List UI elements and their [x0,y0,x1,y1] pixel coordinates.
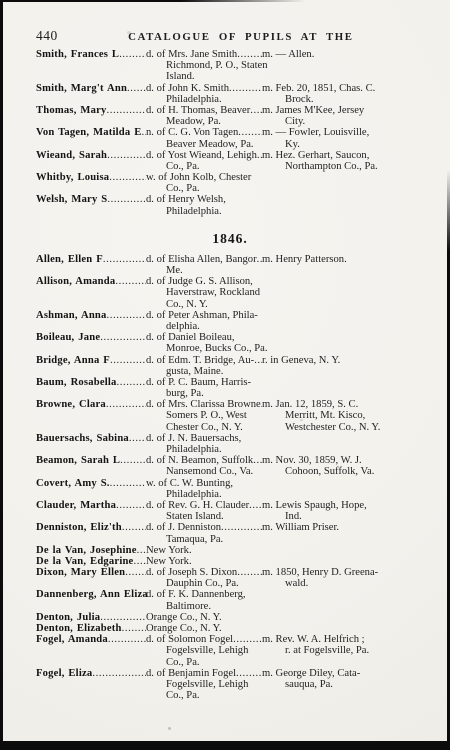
relation-cell: d. of Yost Wieand, Lehigh [146,150,262,161]
entry-row: Denton, JuliaOrange Co., N. Y. [36,612,424,623]
relation-text: Orange Co., N. Y. [146,623,222,634]
marriage-cell: m. Feb. 20, 1851, Chas. C. [262,83,424,94]
marriage-text: Cohoon, Suffolk, Va. [262,466,374,477]
name-cell [36,299,146,310]
scanned-book-page: 440 CATALOGUE OF PUPILS AT THE Smith, Fr… [0,0,450,750]
relation-text: Philadelphia. [146,489,222,500]
entry-continuation-row: Co., Pa. [36,657,424,668]
dot-leader [103,254,146,265]
relation-cell: d. of H. Thomas, Beaver [146,105,262,116]
relation-cell: Dauphin Co., Pa. [146,578,262,589]
relation-text: Co., Pa. [146,690,200,701]
marriage-cell [262,194,424,205]
marriage-text: m. Lewis Spaugh, Hope, [262,500,367,511]
entry-row: Fogel, Amandad. of Solomon Fogelm. Rev. … [36,634,424,645]
relation-text: Island. [146,71,195,82]
marriage-cell: m. Henry Patterson. [262,254,424,265]
scan-speck [168,727,171,730]
entry-continuation-row: Me. [36,265,424,276]
entry-continuation-row: Philadelphia. [36,444,424,455]
entry-row: Bridge, Anna Fd. of Edm. T. Bridge, Au-r… [36,355,424,366]
name-cell: Covert, Amy S. [36,478,146,489]
pupil-name: Covert, Amy S. [36,478,110,489]
marriage-cell [262,534,424,545]
dot-leader [109,172,146,183]
marriage-cell [262,60,424,71]
dot-leader [229,83,262,94]
pupil-name: Denton, Elizabeth [36,623,122,634]
relation-cell: d. of Benjamin Fogel [146,668,262,679]
relation-text: d. of Judge G. S. Allison, [146,276,253,287]
pupil-name: Wieand, Sarah [36,150,107,161]
marriage-text: r. at Fogelsville, Pa. [262,645,369,656]
entry-continuation-row: Meadow, Pa.City. [36,116,424,127]
relation-cell: d. of J. Denniston [146,522,262,533]
relation-cell: Co., N. Y. [146,299,262,310]
relation-text: Somers P. O., West [146,410,247,421]
relation-cell: Chester Co., N. Y. [146,422,262,433]
name-cell [36,444,146,455]
marriage-cell [262,265,424,276]
entry-continuation-row: Monroe, Bucks Co., Pa. [36,343,424,354]
relation-text: Monroe, Bucks Co., Pa. [146,343,268,354]
entry-continuation-row: Fogelsville, Lehighsauqua, Pa. [36,679,424,690]
dot-leader [254,355,262,366]
name-cell [36,183,146,194]
marriage-text: r. in Geneva, N. Y. [262,355,340,366]
name-cell: Fogel, Eliza [36,668,146,679]
relation-cell: d. of Elisha Allen, Bangor [146,254,262,265]
pupil-name: Allison, Amanda [36,276,115,287]
relation-text: d. of Mrs. Jane Smith [146,49,237,60]
marriage-cell [262,332,424,343]
marriage-text: m. — Allen. [262,49,314,60]
relation-cell: New York. [146,556,262,567]
marriage-text: m. James M'Kee, Jersey [262,105,364,116]
relation-text: burg, Pa. [146,388,204,399]
marriage-cell [262,388,424,399]
marriage-cell [262,366,424,377]
entry-row: Wieand, Sarahd. of Yost Wieand, Lehighm.… [36,150,424,161]
entry-row: Ashman, Annad. of Peter Ashman, Phila- [36,310,424,321]
page-content: 440 CATALOGUE OF PUPILS AT THE Smith, Fr… [36,28,424,701]
dot-leader [233,634,262,645]
relation-text: Nansemond Co., Va. [146,466,253,477]
relation-text: Chester Co., N. Y. [146,422,243,433]
entry-row: Clauder, Marthad. of Rev. G. H. Clauderm… [36,500,424,511]
name-cell [36,410,146,421]
name-cell: Beamon, Sarah L [36,455,146,466]
marriage-cell: wald. [262,578,424,589]
entry-continuation-row: gusta, Maine. [36,366,424,377]
marriage-text: m. Nov. 30, 1859, W. J. [262,455,362,466]
relation-cell: Tamaqua, Pa. [146,534,262,545]
marriage-text: m. Henry Patterson. [262,254,347,265]
relation-cell: d. of J. N. Bauersachs, [146,433,262,444]
name-cell [36,679,146,690]
name-cell: Allen, Ellen F [36,254,146,265]
name-cell [36,489,146,500]
marriage-cell: Cohoon, Suffolk, Va. [262,466,424,477]
relation-cell: Beaver Meadow, Pa. [146,139,262,150]
marriage-cell: m. Lewis Spaugh, Hope, [262,500,424,511]
pupil-name: Whitby, Louisa [36,172,109,183]
running-header: 440 CATALOGUE OF PUPILS AT THE [36,28,424,45]
header-title: CATALOGUE OF PUPILS AT THE [58,31,424,43]
name-cell: Smith, Marg't Ann [36,83,146,94]
dot-leader [110,355,146,366]
entry-row: Whitby, Louisaw. of John Kolb, Chester [36,172,424,183]
entry-continuation-row: Co., Pa. [36,183,424,194]
name-cell [36,534,146,545]
relation-cell: Fogelsville, Lehigh [146,645,262,656]
entry-continuation-row: Tamaqua, Pa. [36,534,424,545]
marriage-text: m. Rev. W. A. Helfrich ; [262,634,365,645]
dot-leader [122,623,146,634]
marriage-text: wald. [262,578,308,589]
relation-text: Co., Pa. [146,183,200,194]
entry-continuation-row: Beaver Meadow, Pa.Ky. [36,139,424,150]
marriage-cell: m. — Allen. [262,49,424,60]
relation-cell: Philadelphia. [146,489,262,500]
marriage-cell [262,276,424,287]
relation-text: Co., Pa. [146,657,200,668]
pupil-name: Beamon, Sarah L [36,455,120,466]
dot-leader [100,332,146,343]
marriage-text: m. William Priser. [262,522,339,533]
entry-continuation-row: Co., Pa.Northampton Co., Pa. [36,161,424,172]
name-cell: Welsh, Mary S [36,194,146,205]
relation-cell: d. of Mrs. Clarissa Browne [146,399,262,410]
entry-row: Browne, Clarad. of Mrs. Clarissa Brownem… [36,399,424,410]
relation-cell: d. of Judge G. S. Allison, [146,276,262,287]
dot-leader [237,567,262,578]
relation-text: w. of John Kolb, Chester [146,172,251,183]
relation-cell: Richmond, P. O., Staten [146,60,262,71]
relation-text: d. of P. C. Baum, Harris- [146,377,251,388]
relation-text: Dauphin Co., Pa. [146,578,239,589]
pupil-name: Smith, Frances L [36,49,119,60]
year-heading: 1846. [36,231,424,247]
marriage-cell [262,287,424,298]
name-cell [36,657,146,668]
marriage-cell: m. Hez. Gerhart, Saucon, [262,150,424,161]
marriage-cell: m. James M'Kee, Jersey [262,105,424,116]
page-number: 440 [36,28,58,44]
entry-row: Denniston, Eliz'thd. of J. Dennistonm. W… [36,522,424,533]
dot-leader [110,478,146,489]
relation-cell: d. of Henry Welsh, [146,194,262,205]
name-cell [36,71,146,82]
relation-text: d. of N. Beamon, Suffolk [146,455,253,466]
name-cell: Browne, Clara [36,399,146,410]
relation-text: d. of Joseph S. Dixon [146,567,237,578]
relation-text: d. of F. K. Dannenberg, [146,589,246,600]
name-cell: Denton, Julia [36,612,146,623]
name-cell [36,265,146,276]
relation-text: d. of Elisha Allen, Bangor [146,254,257,265]
relation-text: Beaver Meadow, Pa. [146,139,254,150]
marriage-cell: Ind. [262,511,424,522]
relation-text: w. of C. W. Bunting, [146,478,233,489]
name-cell [36,690,146,701]
relation-cell: Co., Pa. [146,183,262,194]
marriage-cell: Northampton Co., Pa. [262,161,424,172]
marriage-cell: m. 1850, Henry D. Greena- [262,567,424,578]
marriage-text: City. [262,116,305,127]
dot-leader [119,49,146,60]
marriage-text: m. — Fowler, Louisville, [262,127,369,138]
relation-cell: d. of P. C. Baum, Harris- [146,377,262,388]
dot-leader [100,612,146,623]
pupil-name: Browne, Clara [36,399,106,410]
pupil-name: Welsh, Mary S [36,194,107,205]
name-cell: Baum, Rosabella [36,377,146,388]
relation-cell: burg, Pa. [146,388,262,399]
name-cell: Allison, Amanda [36,276,146,287]
name-cell: De la Van, Josephine [36,545,146,556]
marriage-cell [262,343,424,354]
dot-leader [107,310,146,321]
relation-cell: Co., Pa. [146,161,262,172]
entry-continuation-row: Co., N. Y. [36,299,424,310]
name-cell: Boileau, Jane [36,332,146,343]
marriage-cell [262,478,424,489]
name-cell [36,388,146,399]
marriage-cell: m. Rev. W. A. Helfrich ; [262,634,424,645]
relation-cell: d. of Solomon Fogel [146,634,262,645]
relation-cell: d. of John K. Smith [146,83,262,94]
entry-row: Dixon, Mary Ellend. of Joseph S. Dixonm.… [36,567,424,578]
marriage-cell [262,623,424,634]
dot-leader [116,500,146,511]
relation-text: d. of Yost Wieand, Lehigh [146,150,257,161]
entry-continuation-row: Co., Pa. [36,690,424,701]
relation-text: Tamaqua, Pa. [146,534,223,545]
dot-leader [236,668,262,679]
name-cell [36,601,146,612]
relation-text: Meadow, Pa. [146,116,221,127]
marriage-cell: Westchester Co., N. Y. [262,422,424,433]
pupil-name: Thomas, Mary [36,105,107,116]
marriage-cell [262,321,424,332]
entry-row: Von Tagen, Matilda En. of C. G. Von Tage… [36,127,424,138]
dot-leader [249,500,262,511]
entry-row: De la Van, JosephineNew York. [36,545,424,556]
marriage-cell [262,444,424,455]
entry-continuation-row: Chester Co., N. Y.Westchester Co., N. Y. [36,422,424,433]
entry-row: Fogel, Elizad. of Benjamin Fogelm. Georg… [36,668,424,679]
pupil-name: Bridge, Anna F [36,355,110,366]
relation-text: Orange Co., N. Y. [146,612,222,623]
relation-text: d. of H. Thomas, Beaver [146,105,250,116]
name-cell: Bridge, Anna F [36,355,146,366]
name-cell [36,366,146,377]
relation-text: gusta, Maine. [146,366,223,377]
entry-row: Beamon, Sarah Ld. of N. Beamon, Suffolkm… [36,455,424,466]
name-cell [36,139,146,150]
relation-cell: Co., Pa. [146,690,262,701]
name-cell [36,161,146,172]
marriage-cell [262,377,424,388]
relation-cell: gusta, Maine. [146,366,262,377]
name-cell: Denton, Elizabeth [36,623,146,634]
name-cell: Thomas, Mary [36,105,146,116]
entry-continuation-row: Philadelphia. [36,489,424,500]
dot-leader [106,399,146,410]
relation-cell: d. of Rev. G. H. Clauder [146,500,262,511]
entry-continuation-row: Baltimore. [36,601,424,612]
relation-cell: d. of N. Beamon, Suffolk [146,455,262,466]
pupil-name: Dixon, Mary Ellen [36,567,125,578]
name-cell: Dannenberg, Ann Eliza [36,589,146,600]
relation-cell: Nansemond Co., Va. [146,466,262,477]
pupil-name: Von Tagen, Matilda E [36,127,142,138]
relation-cell: w. of C. W. Bunting, [146,478,262,489]
relation-cell: Monroe, Bucks Co., Pa. [146,343,262,354]
relation-cell: Co., Pa. [146,657,262,668]
marriage-cell: m. Jan. 12, 1859, S. C. [262,399,424,410]
entry-row: Baum, Rosabellad. of P. C. Baum, Harris- [36,377,424,388]
name-cell [36,206,146,217]
dot-leader [107,105,147,116]
marriage-cell [262,172,424,183]
relation-text: Haverstraw, Rockland [146,287,260,298]
dot-leader [107,150,146,161]
relation-cell: Staten Island. [146,511,262,522]
relation-text: d. of John K. Smith [146,83,229,94]
dot-leader [253,455,262,466]
entry-row: Allen, Ellen Fd. of Elisha Allen, Bangor… [36,254,424,265]
marriage-cell: m. George Diley, Cata- [262,668,424,679]
pupil-name: Denton, Julia [36,612,100,623]
pupil-name: Allen, Ellen F [36,254,103,265]
marriage-text: sauqua, Pa. [262,679,333,690]
marriage-cell [262,183,424,194]
name-cell: Dixon, Mary Ellen [36,567,146,578]
name-cell [36,422,146,433]
relation-text: Me. [146,265,183,276]
entry-continuation-row: Fogelsville, Lehighr. at Fogelsville, Pa… [36,645,424,656]
pupil-name: Fogel, Amanda [36,634,108,645]
marriage-text: Brock. [262,94,314,105]
marriage-text: m. Jan. 12, 1859, S. C. [262,399,358,410]
relation-text: Staten Island. [146,511,224,522]
marriage-cell [262,433,424,444]
name-cell: Bauersachs, Sabina [36,433,146,444]
marriage-text: m. George Diley, Cata- [262,668,360,679]
entry-continuation-row: Staten Island.Ind. [36,511,424,522]
marriage-cell [262,71,424,82]
name-cell [36,116,146,127]
dot-leader [129,433,146,444]
marriage-cell: m. Nov. 30, 1859, W. J. [262,455,424,466]
relation-text: New York. [146,556,192,567]
relation-text: Co., N. Y. [146,299,208,310]
name-cell [36,321,146,332]
entry-continuation-row: Haverstraw, Rockland [36,287,424,298]
name-cell: Whitby, Louisa [36,172,146,183]
marriage-cell: r. at Fogelsville, Pa. [262,645,424,656]
relation-text: Philadelphia. [146,206,222,217]
marriage-cell: Merritt, Mt. Kisco, [262,410,424,421]
marriage-cell: r. in Geneva, N. Y. [262,355,424,366]
entry-row: Dannenberg, Ann Elizad. of F. K. Dannenb… [36,589,424,600]
name-cell: Denniston, Eliz'th [36,522,146,533]
marriage-cell: sauqua, Pa. [262,679,424,690]
pupil-name: Boileau, Jane [36,332,100,343]
dot-leader [108,634,146,645]
entry-row: Boileau, Janed. of Daniel Boileau, [36,332,424,343]
name-cell: Smith, Frances L [36,49,146,60]
marriage-cell [262,545,424,556]
pupil-name: Bauersachs, Sabina [36,433,129,444]
name-cell: Von Tagen, Matilda E [36,127,146,138]
marriage-text: m. Hez. Gerhart, Saucon, [262,150,369,161]
pupil-list: Smith, Frances Ld. of Mrs. Jane Smithm. … [36,49,424,701]
relation-text: Co., Pa. [146,161,200,172]
marriage-cell [262,589,424,600]
marriage-cell: m. William Priser. [262,522,424,533]
name-cell [36,287,146,298]
dot-leader [115,276,146,287]
name-cell: Wieand, Sarah [36,150,146,161]
relation-cell: d. of Joseph S. Dixon [146,567,262,578]
relation-text: Philadelphia. [146,94,222,105]
dot-leader [92,668,146,679]
marriage-cell [262,299,424,310]
entry-row: De la Van, EdgarineNew York. [36,556,424,567]
relation-cell: Island. [146,71,262,82]
scan-edge-bottom [0,741,450,750]
pupil-name: Denniston, Eliz'th [36,522,122,533]
marriage-cell [262,690,424,701]
entry-continuation-row: Island. [36,71,424,82]
marriage-cell: Ky. [262,139,424,150]
entry-continuation-row: Richmond, P. O., Staten [36,60,424,71]
name-cell [36,60,146,71]
name-cell: De la Van, Edgarine [36,556,146,567]
relation-text: Richmond, P. O., Staten [146,60,268,71]
relation-text: d. of J. N. Bauersachs, [146,433,241,444]
name-cell: Ashman, Anna [36,310,146,321]
marriage-text: Westchester Co., N. Y. [262,422,380,433]
name-cell: Fogel, Amanda [36,634,146,645]
relation-cell: Me. [146,265,262,276]
entry-row: Thomas, Maryd. of H. Thomas, Beaverm. Ja… [36,105,424,116]
dot-leader [120,455,146,466]
name-cell: Clauder, Martha [36,500,146,511]
marriage-cell [262,657,424,668]
dot-leader [237,49,262,60]
dot-leader [122,522,146,533]
marriage-text: Ind. [262,511,302,522]
marriage-text: m. Feb. 20, 1851, Chas. C. [262,83,375,94]
marriage-text: m. 1850, Henry D. Greena- [262,567,378,578]
name-cell [36,94,146,105]
entry-continuation-row: Nansemond Co., Va.Cohoon, Suffolk, Va. [36,466,424,477]
dot-leader [250,105,262,116]
relation-cell: Orange Co., N. Y. [146,612,262,623]
relation-text: d. of Benjamin Fogel [146,668,236,679]
relation-cell: w. of John Kolb, Chester [146,172,262,183]
relation-text: d. of Daniel Boileau, [146,332,235,343]
relation-text: d. of J. Denniston [146,522,221,533]
relation-cell: Meadow, Pa. [146,116,262,127]
entry-row: Allison, Amandad. of Judge G. S. Allison… [36,276,424,287]
relation-cell: d. of Daniel Boileau, [146,332,262,343]
dot-leader [221,522,262,533]
